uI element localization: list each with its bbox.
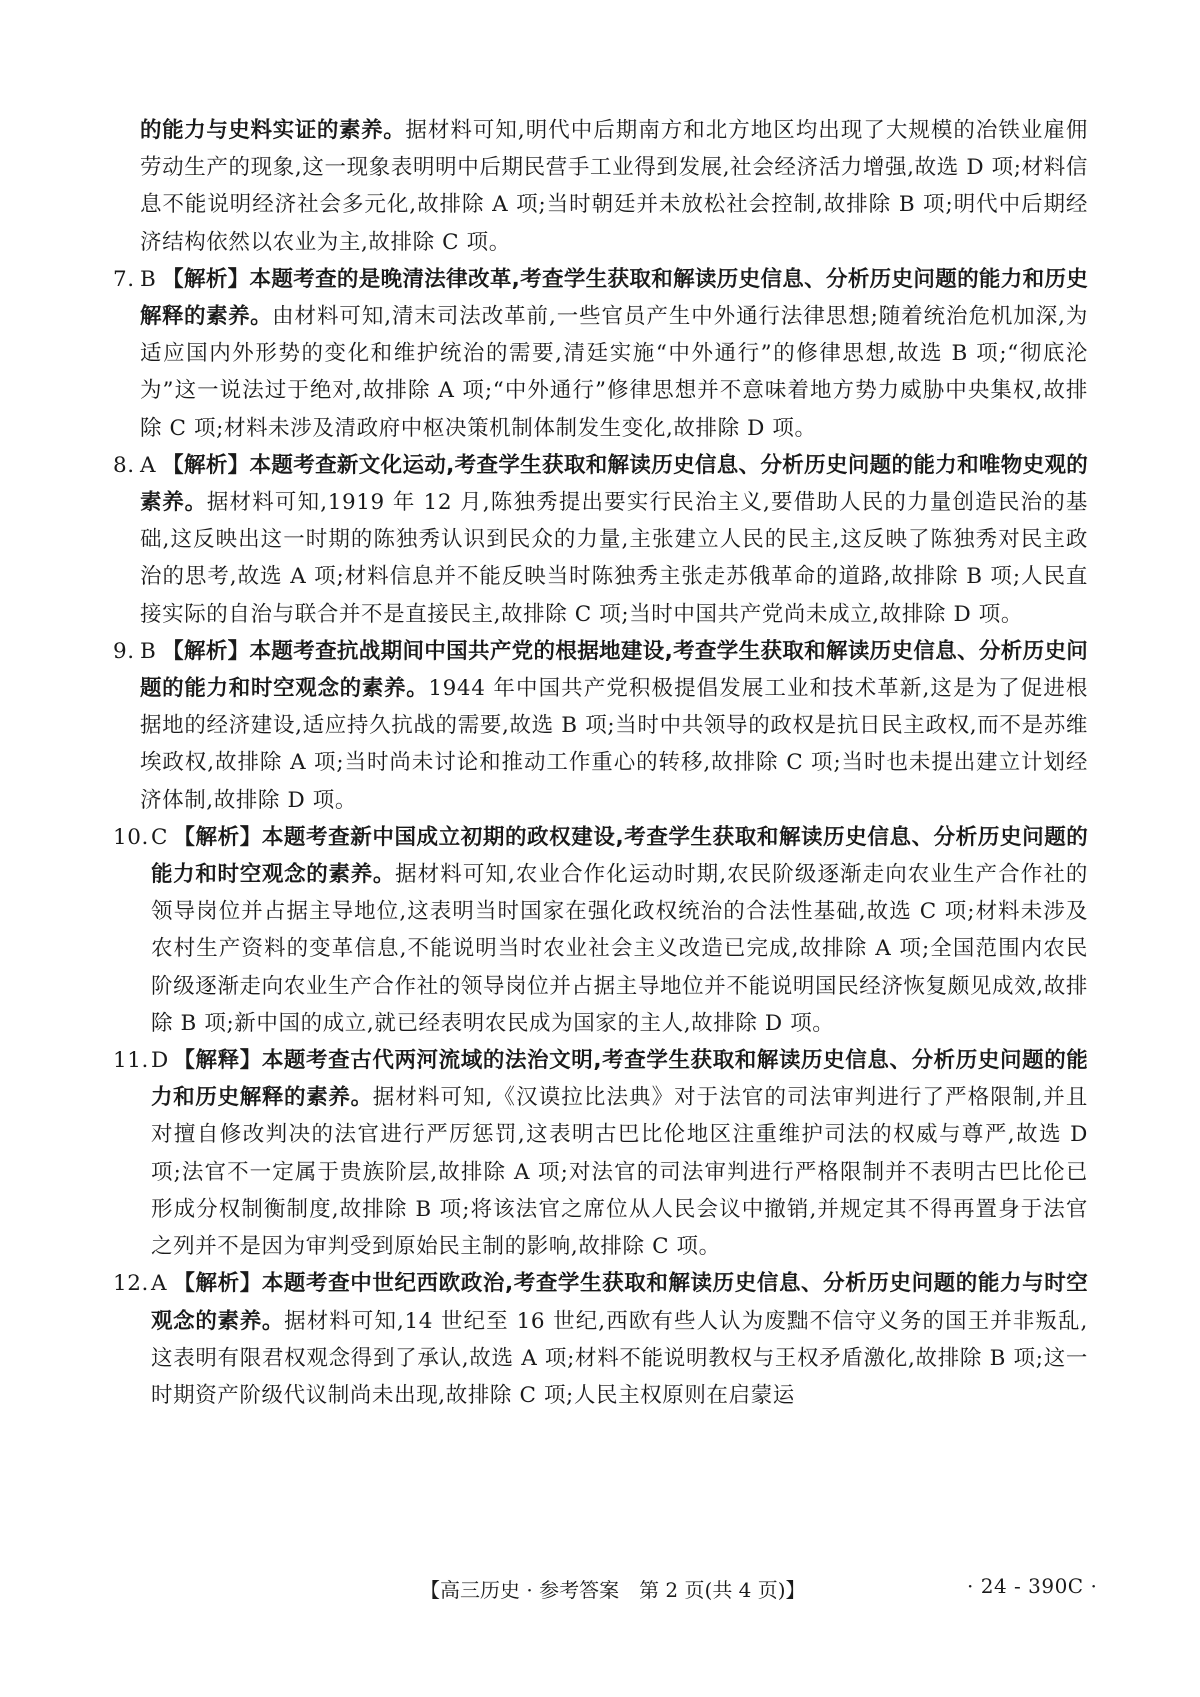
analysis-text: 据材料可知,农业合作化运动时期,农民阶级逐渐走向农业生产合作社的领导岗位并占据主… — [151, 862, 1088, 1036]
answer-letter: A — [140, 447, 162, 484]
question-number: 11. — [113, 1042, 151, 1079]
answer-item-10: 10.C【解析】本题考查新中国成立初期的政权建设,考查学生获取和解读历史信息、分… — [113, 819, 1088, 1042]
footer-page-info: 【高三历史 · 参考答案 第 2 页(共 4 页)】 — [420, 1574, 806, 1603]
answer-item-12: 12.A【解析】本题考查中世纪西欧政治,考查学生获取和解读历史信息、分析历史问题… — [113, 1265, 1088, 1414]
analysis-text: 据材料可知,《汉谟拉比法典》对于法官的司法审判进行了严格限制,并且对擅自修改判决… — [151, 1085, 1088, 1259]
answer-letter: A — [151, 1265, 173, 1302]
analysis-tag: 【解析】 — [173, 825, 262, 850]
analysis-tag: 【解析】 — [173, 1271, 262, 1296]
question-number: 8. — [113, 447, 140, 484]
continuation-paragraph: 的能力与史料实证的素养。据材料可知,明代中后期南方和北方地区均出现了大规模的冶铁… — [113, 112, 1088, 261]
analysis-tag: 【解释】 — [173, 1048, 262, 1073]
analysis-text: 据材料可知,14 世纪至 16 世纪,西欧有些人认为废黜不信守义务的国王并非叛乱… — [151, 1309, 1088, 1408]
answer-item-8: 8.A【解析】本题考查新文化运动,考查学生获取和解读历史信息、分析历史问题的能力… — [113, 447, 1088, 633]
answer-key-page: 的能力与史料实证的素养。据材料可知,明代中后期南方和北方地区均出现了大规模的冶铁… — [0, 0, 1200, 1697]
analysis-tag: 【解析】 — [162, 267, 250, 292]
answer-item-7: 7.B【解析】本题考查的是晚清法律改革,考查学生获取和解读历史信息、分析历史问题… — [113, 261, 1088, 447]
answer-item-9: 9.B【解析】本题考查抗战期间中国共产党的根据地建设,考查学生获取和解读历史信息… — [113, 633, 1088, 819]
question-number: 7. — [113, 261, 140, 298]
answer-letter: C — [151, 819, 173, 856]
question-number: 10. — [113, 819, 151, 856]
question-number: 9. — [113, 633, 140, 670]
analysis-text: 由材料可知,清末司法改革前,一些官员产生中外通行法律思想;随着统治危机加深,为适… — [140, 304, 1088, 441]
answer-letter: B — [140, 261, 162, 298]
continuation-bold-text: 的能力与史料实证的素养。 — [140, 118, 405, 143]
footer-doc-code: · 24 - 390C · — [967, 1574, 1097, 1598]
answer-key-content: 的能力与史料实证的素养。据材料可知,明代中后期南方和北方地区均出现了大规模的冶铁… — [113, 112, 1088, 1414]
analysis-text: 据材料可知,1919 年 12 月,陈独秀提出要实行民治主义,要借助人民的力量创… — [140, 490, 1088, 627]
answer-letter: D — [151, 1042, 173, 1079]
analysis-tag: 【解析】 — [162, 639, 250, 664]
analysis-tag: 【解析】 — [162, 453, 250, 478]
answer-item-11: 11.D【解释】本题考查古代两河流域的法治文明,考查学生获取和解读历史信息、分析… — [113, 1042, 1088, 1265]
answer-letter: B — [140, 633, 162, 670]
question-number: 12. — [113, 1265, 151, 1302]
